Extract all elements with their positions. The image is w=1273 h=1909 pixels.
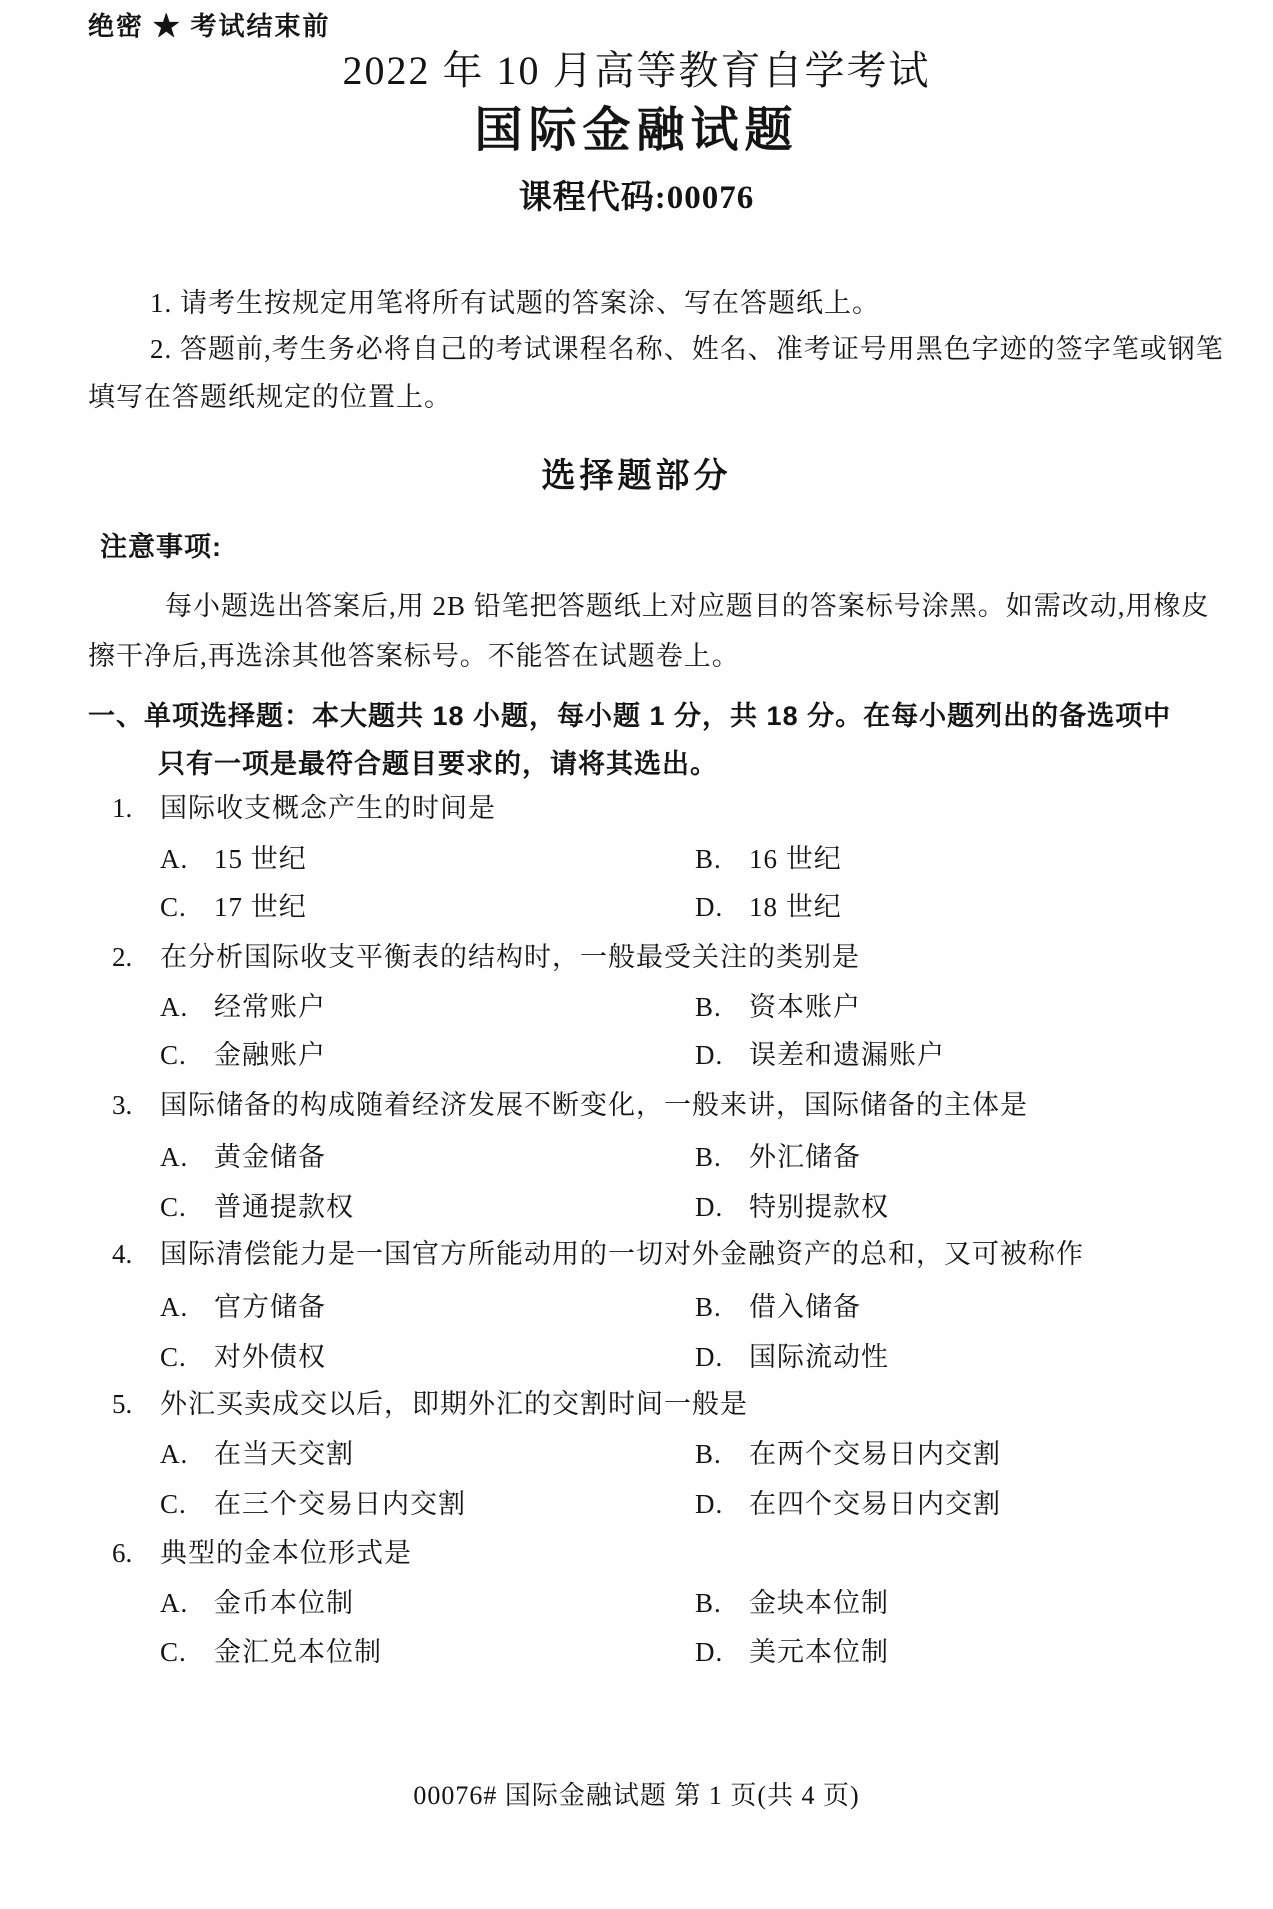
option-text: 普通提款权 [214,1192,354,1222]
notes-line-2: 擦干净后,再选涂其他答案标号。不能答在试题卷上。 [88,640,740,674]
option-text: 18 世纪 [749,892,842,922]
choice-section-title: 选择题部分 [0,455,1273,498]
option-b: B.金块本位制 [695,1587,889,1621]
question-text: 国际收支概念产生的时间是 [160,792,496,826]
option-d: D.特别提款权 [695,1191,889,1225]
question-text: 国际清偿能力是一国官方所能动用的一切对外金融资产的总和，又可被称作 [160,1238,1084,1272]
option-text: 外汇储备 [749,1142,861,1172]
option-label: A. [160,991,214,1025]
question-text: 国际储备的构成随着经济发展不断变化，一般来讲，国际储备的主体是 [160,1089,1028,1123]
option-d: D.在四个交易日内交割 [695,1488,1001,1522]
option-label: B. [695,991,749,1025]
question-number: 5. [112,1388,132,1422]
notes-line-1: 每小题选出答案后,用 2B 铅笔把答题纸上对应题目的答案标号涂黑。如需改动,用橡… [165,590,1210,624]
question-number: 3. [112,1089,132,1123]
instruction-item-1: 1. 请考生按规定用笔将所有试题的答案涂、写在答题纸上。 [150,287,880,321]
option-text: 在当天交割 [214,1439,354,1469]
option-text: 对外债权 [214,1342,326,1372]
option-label: C. [160,1191,214,1225]
instruction-item-2-line-1: 2. 答题前,考生务必将自己的考试课程名称、姓名、准考证号用黑色字迹的签字笔或钢… [150,333,1224,367]
part1-heading-line-2: 只有一项是最符合题目要求的，请将其选出。 [158,748,718,782]
option-label: B. [695,1587,749,1621]
option-label: A. [160,1291,214,1325]
option-label: C. [160,891,214,925]
option-text: 在四个交易日内交割 [749,1489,1001,1519]
option-text: 美元本位制 [749,1637,889,1667]
option-label: D. [695,891,749,925]
option-b: B.借入储备 [695,1291,861,1325]
option-text: 15 世纪 [214,844,307,874]
option-label: C. [160,1341,214,1375]
option-d: D.国际流动性 [695,1341,889,1375]
option-text: 国际流动性 [749,1342,889,1372]
option-label: C. [160,1039,214,1073]
option-text: 资本账户 [749,992,861,1022]
option-text: 借入储备 [749,1292,861,1322]
option-label: A. [160,843,214,877]
option-label: A. [160,1587,214,1621]
option-c: C.金融账户 [160,1039,326,1073]
option-b: B.资本账户 [695,991,861,1025]
option-text: 16 世纪 [749,844,842,874]
question-number: 6. [112,1537,132,1571]
option-b: B.外汇储备 [695,1141,861,1175]
option-c: C.17 世纪 [160,891,307,925]
option-label: B. [695,1438,749,1472]
option-label: D. [695,1039,749,1073]
option-a: A.黄金储备 [160,1141,326,1175]
option-label: B. [695,1291,749,1325]
option-c: C.对外债权 [160,1341,326,1375]
option-label: D. [695,1488,749,1522]
option-text: 官方储备 [214,1292,326,1322]
option-c: C.在三个交易日内交割 [160,1488,466,1522]
option-text: 在两个交易日内交割 [749,1439,1001,1469]
secrecy-notice: 绝密 ★ 考试结束前 [88,10,330,43]
option-a: A.金币本位制 [160,1587,354,1621]
question-text: 外汇买卖成交以后，即期外汇的交割时间一般是 [160,1388,748,1422]
exam-paper-page: 绝密 ★ 考试结束前 2022 年 10 月高等教育自学考试 国际金融试题 课程… [0,0,1273,1909]
part1-heading-line-1: 一、单项选择题：本大题共 18 小题，每小题 1 分，共 18 分。在每小题列出… [88,700,1171,734]
option-text: 经常账户 [214,992,326,1022]
option-a: A.官方储备 [160,1291,326,1325]
question-text: 典型的金本位形式是 [160,1537,412,1571]
option-c: C.金汇兑本位制 [160,1636,382,1670]
footer-page-info: 00076# 国际金融试题 第 1 页(共 4 页) [0,1780,1273,1813]
option-text: 在三个交易日内交割 [214,1489,466,1519]
course-code: 课程代码:00076 [0,178,1273,219]
option-text: 金块本位制 [749,1588,889,1618]
paper-title: 国际金融试题 [0,101,1273,161]
option-label: D. [695,1636,749,1670]
option-text: 金币本位制 [214,1588,354,1618]
option-c: C.普通提款权 [160,1191,354,1225]
option-b: B.16 世纪 [695,843,842,877]
instruction-item-2-line-2: 填写在答题纸规定的位置上。 [88,381,452,415]
option-label: B. [695,843,749,877]
question-number: 1. [112,792,132,826]
question-number: 2. [112,941,132,975]
question-text: 在分析国际收支平衡表的结构时，一般最受关注的类别是 [160,941,860,975]
option-b: B.在两个交易日内交割 [695,1438,1001,1472]
notes-label: 注意事项: [100,531,222,565]
option-label: A. [160,1438,214,1472]
option-text: 金融账户 [214,1040,326,1070]
option-label: D. [695,1341,749,1375]
option-a: A.经常账户 [160,991,326,1025]
option-label: C. [160,1488,214,1522]
option-text: 金汇兑本位制 [214,1637,382,1667]
option-label: B. [695,1141,749,1175]
option-d: D.误差和遗漏账户 [695,1039,945,1073]
option-d: D.美元本位制 [695,1636,889,1670]
option-a: A.在当天交割 [160,1438,354,1472]
option-label: C. [160,1636,214,1670]
option-label: D. [695,1191,749,1225]
option-text: 特别提款权 [749,1192,889,1222]
option-a: A.15 世纪 [160,843,307,877]
option-d: D.18 世纪 [695,891,842,925]
option-text: 误差和遗漏账户 [749,1040,945,1070]
option-text: 黄金储备 [214,1142,326,1172]
option-text: 17 世纪 [214,892,307,922]
question-number: 4. [112,1238,132,1272]
exam-session-title: 2022 年 10 月高等教育自学考试 [0,46,1273,96]
option-label: A. [160,1141,214,1175]
